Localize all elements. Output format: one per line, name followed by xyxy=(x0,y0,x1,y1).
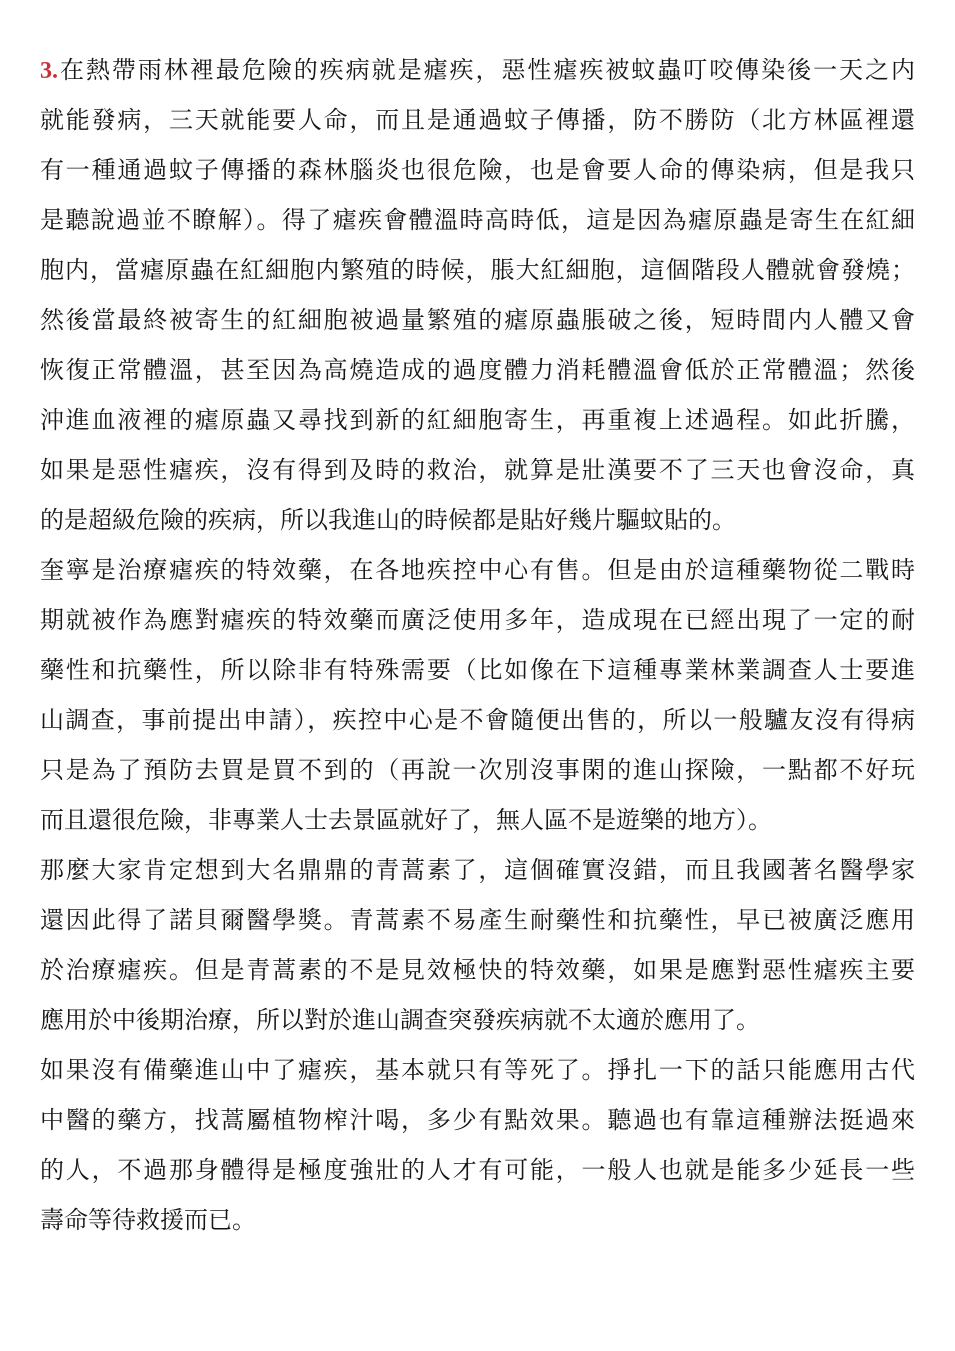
text-line: 還因此得了諾貝爾醫學獎。青蒿素不易產生耐藥性和抗藥性，早已被廣泛應用 xyxy=(40,896,915,946)
paragraph: 那麼大家肯定想到大名鼎鼎的青蒿素了，這個確實沒錯，而且我國著名醫學家還因此得了諾… xyxy=(40,846,915,1046)
text-line: 於治療瘧疾。但是青蒿素的不是見效極快的特效藥，如果是應對惡性瘧疾主要 xyxy=(40,946,915,996)
text-line: 藥性和抗藥性，所以除非有特殊需要（比如像在下這種專業林業調查人士要進 xyxy=(40,646,915,696)
document-page: 3.在熱帶雨林裡最危險的疾病就是瘧疾，惡性瘧疾被蚊蟲叮咬傳染後一天之内就能發病，… xyxy=(0,0,955,1351)
text-line: 恢復正常體溫，甚至因為高燒造成的過度體力消耗體溫會低於正常體溫；然後 xyxy=(40,346,915,396)
text-line: 的是超級危險的疾病，所以我進山的時候都是貼好幾片驅蚊貼的。 xyxy=(40,496,915,546)
text-line: 胞内，當瘧原蟲在紅細胞内繁殖的時候，脹大紅細胞，這個階段人體就會發燒； xyxy=(40,246,915,296)
text-line: 奎寧是治療瘧疾的特效藥，在各地疾控中心有售。但是由於這種藥物從二戰時 xyxy=(40,546,915,596)
text-line: 應用於中後期治療，所以對於進山調查突發疾病就不太適於應用了。 xyxy=(40,996,915,1046)
paragraph: 如果沒有備藥進山中了瘧疾，基本就只有等死了。掙扎一下的話只能應用古代中醫的藥方，… xyxy=(40,1046,915,1246)
text-line: 然後當最終被寄生的紅細胞被過量繁殖的瘧原蟲脹破之後，短時間内人體又會 xyxy=(40,296,915,346)
text-line: 3.在熱帶雨林裡最危險的疾病就是瘧疾，惡性瘧疾被蚊蟲叮咬傳染後一天之内 xyxy=(40,46,915,96)
text-line: 沖進血液裡的瘧原蟲又尋找到新的紅細胞寄生，再重複上述過程。如此折騰， xyxy=(40,396,915,446)
text-line: 只是為了預防去買是買不到的（再說一次別沒事閑的進山探險，一點都不好玩 xyxy=(40,746,915,796)
text-line: 有一種通過蚊子傳播的森林腦炎也很危險，也是會要人命的傳染病，但是我只 xyxy=(40,146,915,196)
text-line: 就能發病，三天就能要人命，而且是通過蚊子傳播，防不勝防（北方林區裡還 xyxy=(40,96,915,146)
text-line: 而且還很危險，非專業人士去景區就好了，無人區不是遊樂的地方）。 xyxy=(40,796,915,846)
list-number: 3. xyxy=(40,58,58,84)
text-line: 如果沒有備藥進山中了瘧疾，基本就只有等死了。掙扎一下的話只能應用古代 xyxy=(40,1046,915,1096)
text-line: 的人，不過那身體得是極度強壯的人才有可能，一般人也就是能多少延長一些 xyxy=(40,1146,915,1196)
text-line: 山調查，事前提出申請），疾控中心是不會隨便出售的，所以一般驢友沒有得病 xyxy=(40,696,915,746)
document-text: 3.在熱帶雨林裡最危險的疾病就是瘧疾，惡性瘧疾被蚊蟲叮咬傳染後一天之内就能發病，… xyxy=(40,46,915,1246)
paragraph: 奎寧是治療瘧疾的特效藥，在各地疾控中心有售。但是由於這種藥物從二戰時期就被作為應… xyxy=(40,546,915,846)
text-line: 壽命等待救援而已。 xyxy=(40,1196,915,1246)
paragraph: 3.在熱帶雨林裡最危險的疾病就是瘧疾，惡性瘧疾被蚊蟲叮咬傳染後一天之内就能發病，… xyxy=(40,46,915,546)
text-line: 那麼大家肯定想到大名鼎鼎的青蒿素了，這個確實沒錯，而且我國著名醫學家 xyxy=(40,846,915,896)
text-line: 中醫的藥方，找蒿屬植物榨汁喝，多少有點效果。聽過也有靠這種辦法挺過來 xyxy=(40,1096,915,1146)
text-line: 期就被作為應對瘧疾的特效藥而廣泛使用多年，造成現在已經出現了一定的耐 xyxy=(40,596,915,646)
text-line: 是聽說過並不瞭解）。得了瘧疾會體溫時高時低，這是因為瘧原蟲是寄生在紅細 xyxy=(40,196,915,246)
text-line: 如果是惡性瘧疾，沒有得到及時的救治，就算是壯漢要不了三天也會沒命，真 xyxy=(40,446,915,496)
